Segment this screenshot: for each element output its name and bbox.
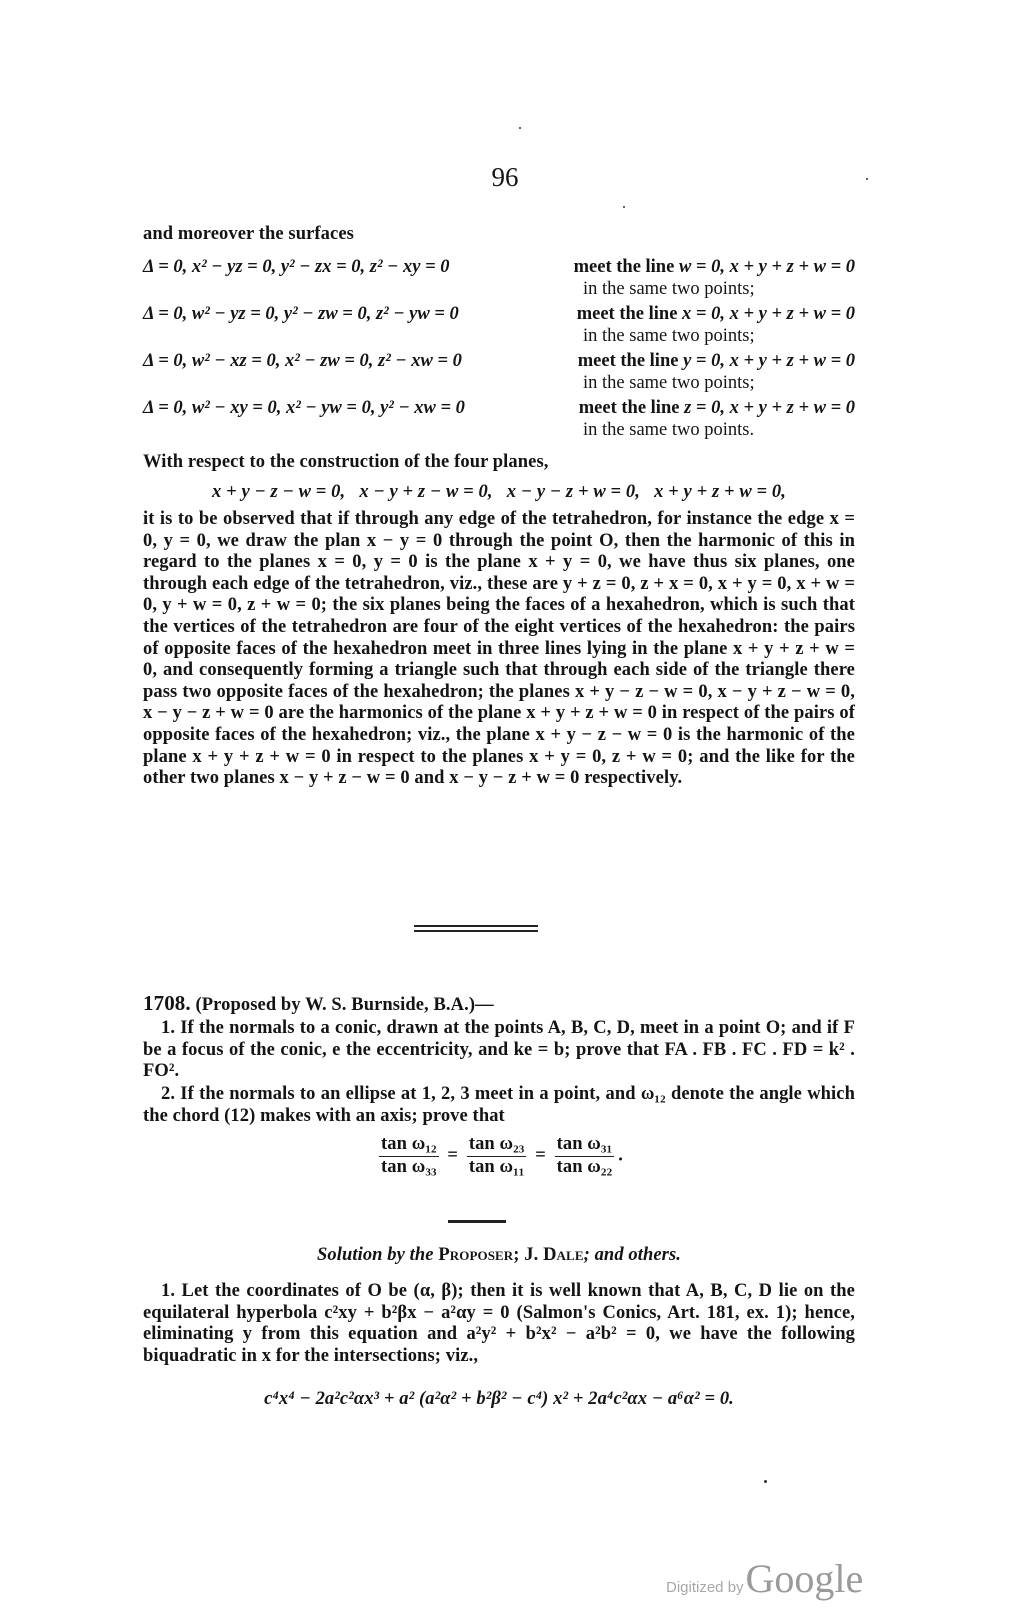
scan-speck [623,206,625,208]
problem-header: 1708. (Proposed by W. S. Burnside, B.A.)… [143,993,855,1017]
problem-number: 1708. [143,991,191,1015]
problem-proposer: (Proposed by W. S. Burnside, B.A.)— [195,995,493,1015]
scan-speck [764,1480,767,1483]
surface-equation: Δ = 0, x² − yz = 0, y² − zx = 0, z² − xy… [143,257,450,278]
continuation-text: in the same two points; [583,326,755,347]
construction-intro: With respect to the construction of the … [143,452,855,474]
short-divider [448,1220,506,1223]
solution-heading: Solution by the Proposer; J. Dale; and o… [143,1245,855,1267]
fraction: tan ω₃₁tan ω₂₂ [555,1134,615,1178]
four-planes-equation: x + y − z − w = 0, x − y + z − w = 0, x … [143,482,855,504]
scan-speck [519,127,521,129]
surface-equation: Δ = 0, w² − xz = 0, x² − zw = 0, z² − xw… [143,351,462,372]
surface-equation: Δ = 0, w² − yz = 0, y² − zw = 0, z² − yw… [143,304,459,325]
continuation-text: in the same two points; [583,373,755,394]
meet-line-text: meet the line x = 0, x + y + z + w = 0 [577,304,855,325]
google-logo: Google [746,1556,864,1601]
meet-line-text: meet the line w = 0, x + y + z + w = 0 [574,257,855,278]
fraction: tan ω₂₃tan ω₁₁ [467,1134,527,1178]
meet-line-text: meet the line z = 0, x + y + z + w = 0 [579,398,855,419]
section-divider [414,925,538,927]
meet-line-text: meet the line y = 0, x + y + z + w = 0 [578,351,855,372]
tangent-formula: tan ω₁₂tan ω₃₃ = tan ω₂₃tan ω₁₁ = tan ω₃… [143,1134,855,1178]
watermark-prefix: Digitized by [666,1579,744,1596]
biquadratic-equation: c⁴x⁴ − 2a²c²αx³ + a² (a²α² + b²β² − c⁴) … [143,1389,855,1411]
main-paragraph: it is to be observed that if through any… [143,509,855,790]
page-number: 96 [0,162,1010,193]
section-divider [414,930,538,932]
intro-text: and moreover the surfaces [143,224,855,246]
problem-part-1: 1. If the normals to a conic, drawn at t… [143,1018,855,1083]
fraction: tan ω₁₂tan ω₃₃ [379,1134,439,1178]
continuation-text: in the same two points; [583,279,755,300]
surface-equation: Δ = 0, w² − xy = 0, x² − yw = 0, y² − xw… [143,398,465,419]
scan-speck [866,178,868,180]
continuation-text: in the same two points. [583,420,754,441]
problem-part-2: 2. If the normals to an ellipse at 1, 2,… [143,1084,855,1127]
google-watermark: Digitized byGoogle [666,1555,863,1602]
solution-paragraph: 1. Let the coordinates of O be (α, β); t… [143,1281,855,1367]
document-page: 96 and moreover the surfaces Δ = 0, x² −… [0,0,1010,1620]
